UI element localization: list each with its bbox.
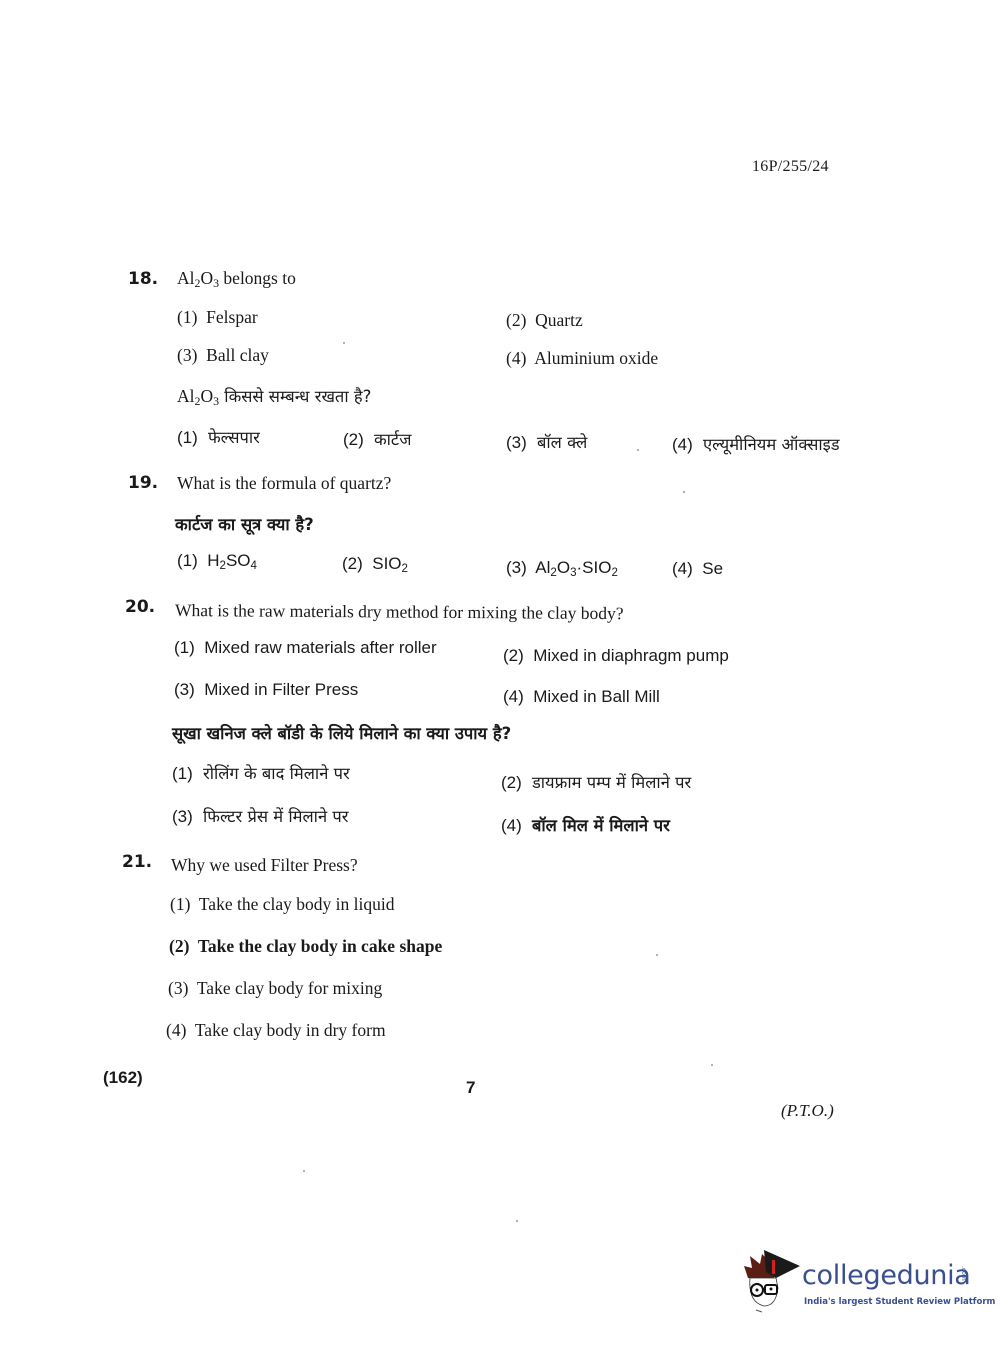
option-text: Ball clay xyxy=(206,345,269,365)
option-1[interactable]: (1) H2SO4 xyxy=(177,551,257,571)
option-text: फिल्टर प्रेस में मिलाने पर xyxy=(203,807,349,826)
option-text: कार्टज xyxy=(374,430,412,449)
option-label: (1) xyxy=(177,307,197,327)
option-hi-1[interactable]: (1) फेल्सपार xyxy=(177,425,260,448)
option-label: (3) xyxy=(506,558,527,577)
option-2[interactable]: (2) Quartz xyxy=(506,310,583,331)
option-label: (1) xyxy=(177,551,198,570)
option-label: (1) xyxy=(177,428,198,447)
question-text-hi: सूखा खनिज क्ले बॉडी के लिये मिलाने का क्… xyxy=(172,721,511,744)
option-label: (4) xyxy=(501,816,522,835)
option-text: डायफ्राम पम्प में मिलाने पर xyxy=(532,773,691,792)
formula-sub: 4 xyxy=(251,560,257,572)
question-number: 20. xyxy=(125,597,155,617)
option-label: (4) xyxy=(166,1020,186,1040)
question-text-hi: कार्टज का सूत्र क्या है? xyxy=(175,512,314,535)
option-4[interactable]: (4) Mixed in Ball Mill xyxy=(503,687,660,707)
footer-code: (162) xyxy=(103,1068,143,1088)
option-label: (2) xyxy=(503,646,524,665)
formula-part: O xyxy=(557,558,570,577)
option-1[interactable]: (1) Mixed raw materials after roller xyxy=(174,638,437,658)
formula-part: O xyxy=(200,268,213,288)
option-label: (3) xyxy=(168,978,188,998)
collegedunia-watermark: collegedunia .com India's largest Studen… xyxy=(740,1248,980,1320)
option-2[interactable]: (2) Mixed in diaphragm pump xyxy=(503,646,729,666)
formula-sub: 2 xyxy=(402,563,408,575)
scan-speck xyxy=(343,342,345,344)
option-text: Take the clay body in liquid xyxy=(199,894,395,914)
option-hi-3[interactable]: (3) फिल्टर प्रेस में मिलाने पर xyxy=(172,804,348,827)
scan-speck xyxy=(683,491,685,493)
option-4[interactable]: (4) Se xyxy=(672,559,723,579)
option-3[interactable]: (3) Al2O3·SIO2 xyxy=(506,558,618,578)
option-label: (3) xyxy=(177,345,197,365)
formula-part: Al xyxy=(177,268,195,288)
brand-name: collegedunia xyxy=(802,1260,971,1291)
question-text-en: What is the raw materials dry method for… xyxy=(175,600,624,624)
scan-speck xyxy=(656,954,658,956)
option-2[interactable]: (2) Take the clay body in cake shape xyxy=(169,936,442,957)
option-text: रोलिंग के बाद मिलाने पर xyxy=(203,764,350,783)
option-text: Se xyxy=(702,559,723,578)
option-label: (2) xyxy=(506,310,526,330)
option-text: Mixed raw materials after roller xyxy=(204,638,436,657)
formula-part: SIO xyxy=(372,554,401,573)
scan-speck xyxy=(303,1170,305,1172)
option-4[interactable]: (4) Take clay body in dry form xyxy=(166,1020,386,1041)
question-number: 19. xyxy=(128,473,158,493)
formula-part: SO xyxy=(226,551,251,570)
formula-sub: 2 xyxy=(611,567,617,579)
pto-label: (P.T.O.) xyxy=(781,1101,834,1121)
option-label: (2) xyxy=(501,773,522,792)
scan-speck xyxy=(711,1064,713,1066)
formula-part: O xyxy=(200,386,213,406)
formula-part: ·SIO xyxy=(577,558,612,577)
option-hi-2[interactable]: (2) कार्टज xyxy=(343,427,411,450)
option-label: (3) xyxy=(506,433,527,452)
option-label: (2) xyxy=(169,936,189,956)
question-text: किससे सम्बन्ध रखता है? xyxy=(219,387,371,406)
scan-speck xyxy=(516,1220,518,1222)
option-label: (4) xyxy=(503,687,524,706)
option-text: एल्यूमीनियम ऑक्साइड xyxy=(703,435,840,454)
question-text-en: Al2O3 belongs to xyxy=(177,268,296,289)
question-text: belongs to xyxy=(219,268,296,288)
option-label: (1) xyxy=(172,764,193,783)
question-text-en: What is the formula of quartz? xyxy=(177,473,391,494)
option-3[interactable]: (3) Mixed in Filter Press xyxy=(174,680,358,700)
option-label: (3) xyxy=(174,680,195,699)
option-hi-2[interactable]: (2) डायफ्राम पम्प में मिलाने पर xyxy=(501,770,691,793)
page-number: 7 xyxy=(466,1078,475,1098)
option-1[interactable]: (1) Take the clay body in liquid xyxy=(170,894,394,915)
option-label: (4) xyxy=(672,559,693,578)
option-label: (3) xyxy=(172,807,193,826)
question-number: 21. xyxy=(122,852,152,872)
option-text: फेल्सपार xyxy=(208,428,260,447)
option-label: (1) xyxy=(174,638,195,657)
option-text: Take the clay body in cake shape xyxy=(198,936,442,956)
option-hi-4[interactable]: (4) बॉल मिल में मिलाने पर xyxy=(501,813,670,836)
formula-part: Al xyxy=(177,386,195,406)
option-label: (1) xyxy=(170,894,190,914)
option-hi-3[interactable]: (3) बॉल क्ले xyxy=(506,430,587,453)
brand-tagline: India's largest Student Review Platform xyxy=(804,1297,995,1307)
question-number: 18. xyxy=(128,269,158,289)
option-3[interactable]: (3) Ball clay xyxy=(177,345,269,366)
option-text: Felspar xyxy=(206,307,258,327)
option-text: Aluminium oxide xyxy=(534,348,658,368)
brand-tld: .com xyxy=(960,1266,967,1281)
option-4[interactable]: (4) Aluminium oxide xyxy=(506,348,658,369)
formula-part: H xyxy=(207,551,219,570)
formula-part: Al xyxy=(535,558,550,577)
option-label: (2) xyxy=(343,430,364,449)
option-3[interactable]: (3) Take clay body for mixing xyxy=(168,978,382,999)
option-text: Take clay body for mixing xyxy=(197,978,382,998)
option-text: Mixed in Filter Press xyxy=(204,680,358,699)
option-text: बॉल क्ले xyxy=(537,433,587,452)
option-label: (4) xyxy=(672,435,693,454)
option-2[interactable]: (2) SIO2 xyxy=(342,554,408,574)
scan-speck xyxy=(637,449,639,451)
option-text: Mixed in Ball Mill xyxy=(533,687,660,706)
option-hi-4[interactable]: (4) एल्यूमीनियम ऑक्साइड xyxy=(672,432,840,455)
option-label: (4) xyxy=(506,348,526,368)
option-text: Mixed in diaphragm pump xyxy=(533,646,729,665)
option-text: Take clay body in dry form xyxy=(195,1020,386,1040)
option-text: Quartz xyxy=(535,310,583,330)
question-text-hi: Al2O3 किससे सम्बन्ध रखता है? xyxy=(177,384,371,407)
option-text: बॉल मिल में मिलाने पर xyxy=(532,816,670,835)
paper-code: 16P/255/24 xyxy=(752,158,829,176)
option-1[interactable]: (1) Felspar xyxy=(177,307,258,328)
question-text-en: Why we used Filter Press? xyxy=(171,855,358,876)
option-hi-1[interactable]: (1) रोलिंग के बाद मिलाने पर xyxy=(172,761,350,784)
option-label: (2) xyxy=(342,554,363,573)
mascot-icon xyxy=(740,1248,808,1314)
